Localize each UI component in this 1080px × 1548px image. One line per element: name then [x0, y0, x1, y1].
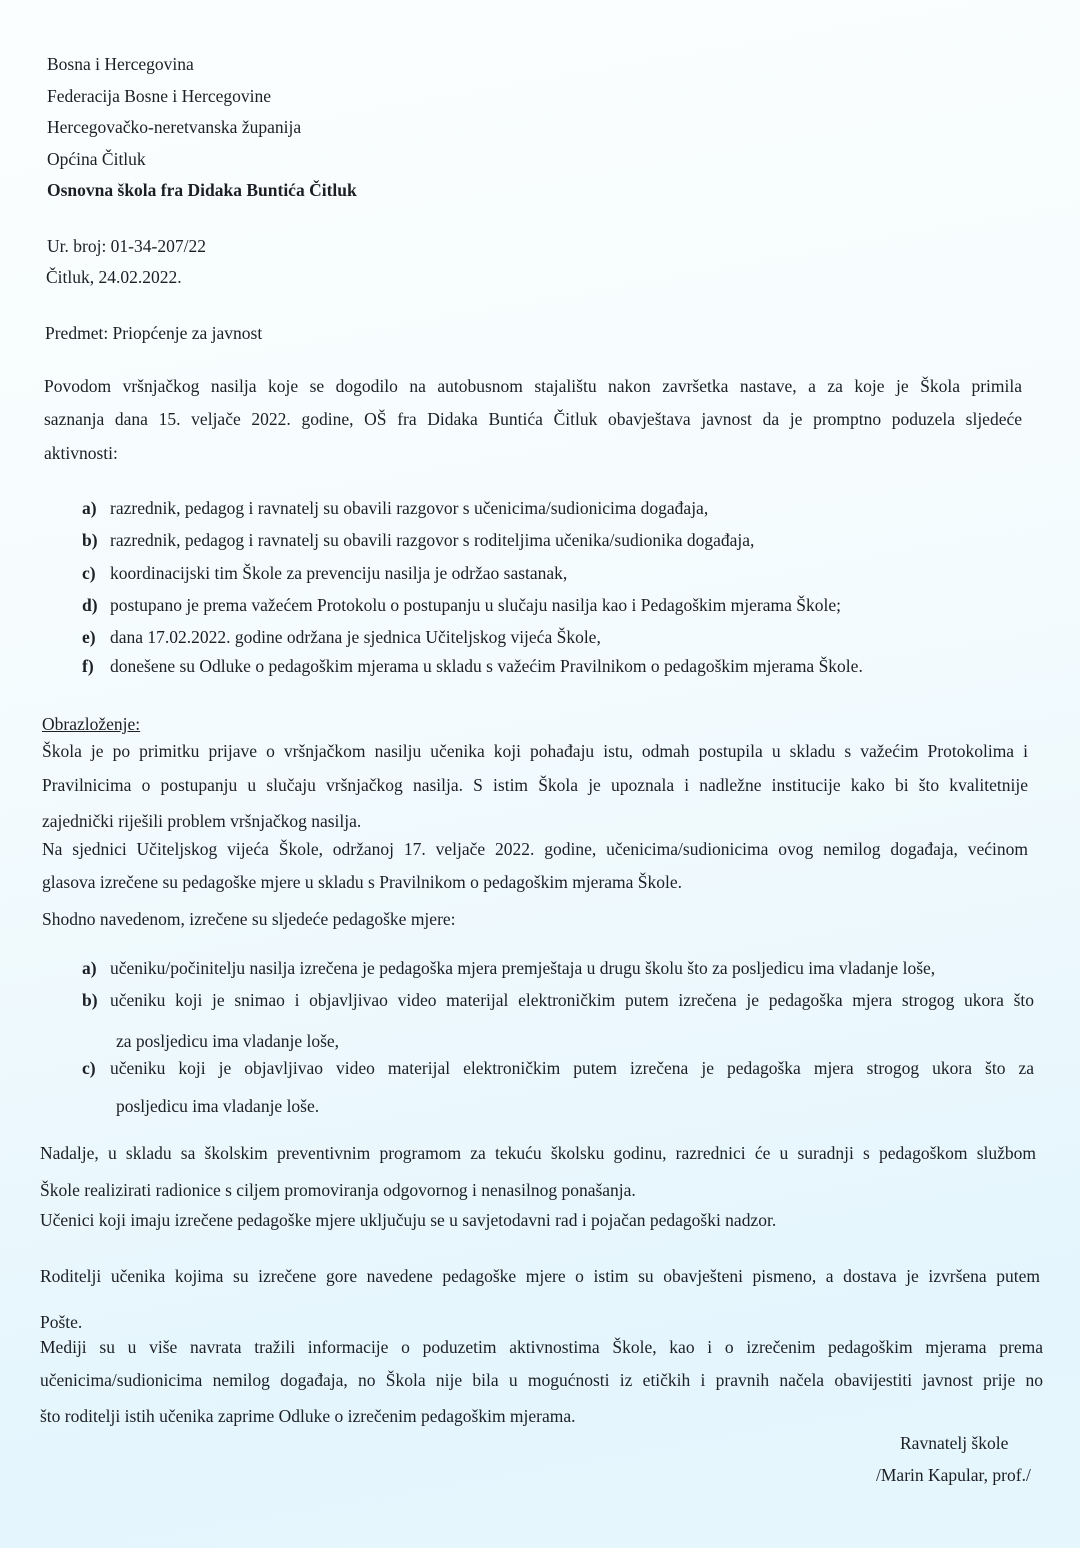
activity-label: c): [82, 563, 110, 584]
reference-place-date: Čitluk, 24.02.2022.: [46, 267, 182, 288]
activity-label: d): [82, 595, 110, 616]
activity-label: a): [82, 498, 110, 519]
measure-text: učeniku koji je snimao i objavljivao vid…: [110, 990, 1034, 1011]
further-line: Škole realizirati radionice s ciljem pro…: [40, 1180, 636, 1201]
explanation-line: Pravilnicima o postupanju u slučaju vršn…: [42, 775, 1028, 796]
closing-line: što roditelji istih učenika zaprime Odlu…: [40, 1406, 576, 1427]
measure-item: a)učeniku/počinitelju nasilja izrečena j…: [82, 958, 935, 979]
activity-label: f): [82, 656, 110, 677]
intro-line: Povodom vršnjačkog nasilja koje se dogod…: [44, 376, 1022, 397]
measure-item: b)učeniku koji je snimao i objavljivao v…: [82, 990, 1034, 1011]
intro-line: saznanja dana 15. veljače 2022. godine, …: [44, 409, 1022, 430]
activity-item: e)dana 17.02.2022. godine održana je sje…: [82, 627, 601, 648]
header-municipality: Općina Čitluk: [47, 149, 146, 170]
activity-text: dana 17.02.2022. godine održana je sjedn…: [110, 627, 601, 647]
explanation-line: Na sjednici Učiteljskog vijeća Škole, od…: [42, 839, 1028, 860]
activity-item: f)donešene su Odluke o pedagoškim mjeram…: [82, 656, 863, 677]
activity-text: donešene su Odluke o pedagoškim mjerama …: [110, 656, 863, 676]
subject-line: Predmet: Priopćenje za javnost: [45, 323, 262, 344]
measure-text-continuation: za posljedicu ima vladanje loše,: [116, 1031, 339, 1052]
activity-label: b): [82, 530, 110, 551]
activity-item: b)razrednik, pedagog i ravnatelj su obav…: [82, 530, 754, 551]
explanation-line: Shodno navedenom, izrečene su sljedeće p…: [42, 909, 456, 930]
reference-number: Ur. broj: 01-34-207/22: [47, 236, 206, 257]
measure-item: c)učeniku koji je objavljivao video mate…: [82, 1058, 1034, 1079]
further-line: Učenici koji imaju izrečene pedagoške mj…: [40, 1210, 776, 1231]
activity-text: razrednik, pedagog i ravnatelj su obavil…: [110, 530, 754, 550]
closing-line: Pošte.: [40, 1312, 82, 1333]
explanation-line: Škola je po primitku prijave o vršnjačko…: [42, 741, 1028, 762]
activity-item: d)postupano je prema važećem Protokolu o…: [82, 595, 841, 616]
measure-label: b): [82, 990, 110, 1011]
measure-text: učeniku/počinitelju nasilja izrečena je …: [110, 958, 935, 978]
activity-item: c)koordinacijski tim Škole za prevenciju…: [82, 563, 567, 584]
activity-item: a)razrednik, pedagog i ravnatelj su obav…: [82, 498, 708, 519]
header-country: Bosna i Hercegovina: [47, 54, 194, 75]
measure-label: c): [82, 1058, 110, 1079]
closing-line: učenicima/sudionicima nemilog događaja, …: [40, 1370, 1043, 1391]
closing-line: Roditelji učenika kojima su izrečene gor…: [40, 1266, 1040, 1287]
closing-line: Mediji su u više navrata tražili informa…: [40, 1337, 1043, 1358]
document-page: Bosna i Hercegovina Federacija Bosne i H…: [0, 0, 1080, 1548]
header-canton: Hercegovačko-neretvanska županija: [47, 117, 301, 138]
intro-line: aktivnosti:: [44, 443, 118, 464]
signature-title: Ravnatelj škole: [900, 1433, 1008, 1454]
measure-text-continuation: posljedicu ima vladanje loše.: [116, 1096, 319, 1117]
activity-text: razrednik, pedagog i ravnatelj su obavil…: [110, 498, 708, 518]
measure-text: učeniku koji je objavljivao video materi…: [110, 1058, 1034, 1079]
activity-text: postupano je prema važećem Protokolu o p…: [110, 595, 841, 615]
explanation-line: glasova izrečene su pedagoške mjere u sk…: [42, 872, 682, 893]
header-federation: Federacija Bosne i Hercegovine: [47, 86, 271, 107]
signature-name: /Marin Kapular, prof./: [876, 1465, 1031, 1486]
explanation-line: zajednički riješili problem vršnjačkog n…: [42, 811, 361, 832]
header-school: Osnovna škola fra Didaka Buntića Čitluk: [47, 180, 357, 201]
explanation-heading: Obrazloženje:: [42, 714, 140, 735]
measure-label: a): [82, 958, 110, 979]
activity-label: e): [82, 627, 110, 648]
activity-text: koordinacijski tim Škole za prevenciju n…: [110, 563, 567, 583]
further-line: Nadalje, u skladu sa školskim preventivn…: [40, 1143, 1036, 1164]
